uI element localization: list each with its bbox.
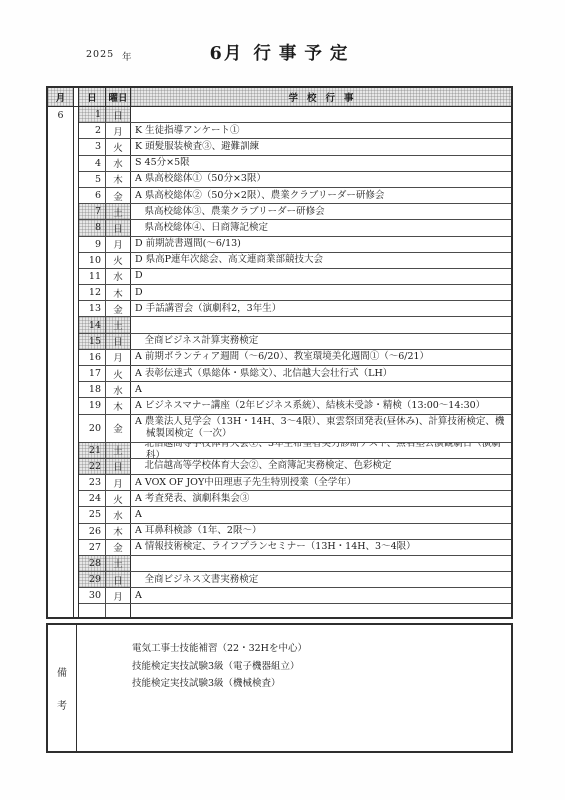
weekday-cell: 月: [106, 237, 131, 252]
weekday-cell: 水: [106, 382, 131, 397]
event-cell: A 前期ボランティア週間（～6/20）、教室環境美化週間①（～6/21）: [131, 350, 511, 365]
day-cell: 18: [79, 382, 106, 397]
day-cell: 22: [79, 459, 106, 474]
table-row: 7土 県高校総体③、農業クラブリーダー研修会: [79, 204, 511, 220]
weekday-cell: 木: [106, 172, 131, 187]
event-cell: 県高校総体③、農業クラブリーダー研修会: [131, 204, 511, 219]
day-cell: 29: [79, 572, 106, 587]
day-cell: 25: [79, 507, 106, 522]
weekday-cell: 日: [106, 572, 131, 587]
remarks-label: 備 考: [48, 625, 77, 751]
day-cell: 27: [79, 540, 106, 555]
table-row: 15日 全商ビジネス計算実務検定: [79, 334, 511, 350]
table-row: [79, 604, 511, 617]
title-text: 行事予定: [253, 44, 355, 64]
day-cell: 2: [79, 123, 106, 138]
day-cell: 13: [79, 301, 106, 316]
weekday-cell: 火: [106, 253, 131, 268]
weekday-cell: 金: [106, 301, 131, 316]
day-cell: 15: [79, 334, 106, 349]
day-cell: 24: [79, 491, 106, 506]
table-row: 14土: [79, 317, 511, 333]
table-row: 25水A: [79, 507, 511, 523]
day-cell: 12: [79, 285, 106, 300]
event-cell: [131, 604, 511, 617]
weekday-cell: 土: [106, 317, 131, 332]
table-row: 21土 北信越高等学校体育大会①、3年生希望者実力診断テスト、無名塾公演観劇日（…: [79, 443, 511, 459]
remarks-line: 電気工事士技能補習（22・32Hを中心）: [132, 640, 505, 658]
schedule-table: 月 日 曜日 学校行事 6 1日2月K 生徒指導アンケート①3火K 頭髪服装検査…: [46, 86, 513, 619]
weekday-cell: 土: [106, 204, 131, 219]
weekday-cell: 月: [106, 475, 131, 490]
weekday-cell: 火: [106, 366, 131, 381]
document-page: 2025 年 6月行事予定 月 日 曜日 学校行事 6 1日2月K 生徒指導アン…: [0, 0, 565, 800]
event-cell: A ビジネスマナー講座（2年ビジネス系統）、結核未受診・精検（13:00～14:…: [131, 398, 511, 413]
day-cell: 4: [79, 156, 106, 171]
event-cell: K 頭髪服装検査③、避難訓練: [131, 139, 511, 154]
event-cell: A 県高校総体①（50分×3限）: [131, 172, 511, 187]
event-cell: A 県高校総体②（50分×2限）、農業クラブリーダー研修会: [131, 188, 511, 203]
day-cell: 9: [79, 237, 106, 252]
weekday-cell: 木: [106, 285, 131, 300]
day-cell: 16: [79, 350, 106, 365]
table-row: 6金A 県高校総体②（50分×2限）、農業クラブリーダー研修会: [79, 188, 511, 204]
day-cell: 14: [79, 317, 106, 332]
weekday-cell: 金: [106, 415, 131, 442]
weekday-cell: 金: [106, 540, 131, 555]
page-title: 6月行事予定: [0, 40, 565, 65]
day-cell: [79, 604, 106, 617]
remarks-line: 技能検定実技試験3級（電子機器組立）: [132, 658, 505, 676]
event-cell: A: [131, 382, 511, 397]
weekday-cell: 月: [106, 350, 131, 365]
header-day: 日: [79, 88, 106, 106]
day-cell: 28: [79, 556, 106, 571]
event-cell: K 生徒指導アンケート①: [131, 123, 511, 138]
day-cell: 17: [79, 366, 106, 381]
day-cell: 21: [79, 443, 106, 458]
table-row: 8日 県高校総体④、日商簿記検定: [79, 220, 511, 236]
day-cell: 6: [79, 188, 106, 203]
weekday-cell: 木: [106, 398, 131, 413]
table-row: 5木A 県高校総体①（50分×3限）: [79, 172, 511, 188]
day-cell: 19: [79, 398, 106, 413]
title-month: 6月: [210, 44, 244, 64]
table-row: 2月K 生徒指導アンケート①: [79, 123, 511, 139]
table-row: 27金A 情報技術検定、ライフプランセミナー（13H・14H、3～4限）: [79, 540, 511, 556]
weekday-cell: 水: [106, 507, 131, 522]
table-row: 20金A 農業法人見学会（13H・14H、3～4限）、東雲祭団発表(昼休み)、計…: [79, 415, 511, 443]
table-row: 18水A: [79, 382, 511, 398]
day-cell: 26: [79, 524, 106, 539]
table-row: 17火A 表彰伝達式（県総体・県総文）、北信越大会壮行式（LH）: [79, 366, 511, 382]
table-row: 22日 北信越高等学校体育大会②、全商簿記実務検定、色彩検定: [79, 459, 511, 475]
table-row: 13金D 手話講習会（演劇科2，3年生）: [79, 301, 511, 317]
weekday-cell: 土: [106, 556, 131, 571]
table-row: 9月D 前期読書週間(～6/13): [79, 237, 511, 253]
event-cell: S 45分×5限: [131, 156, 511, 171]
day-cell: 10: [79, 253, 106, 268]
weekday-cell: 日: [106, 459, 131, 474]
day-cell: 23: [79, 475, 106, 490]
weekday-cell: 月: [106, 123, 131, 138]
table-row: 24火A 考査発表、演劇科集会③: [79, 491, 511, 507]
remarks-label-char-2: 考: [57, 697, 67, 712]
header-weekday: 曜日: [106, 88, 131, 106]
weekday-cell: 水: [106, 269, 131, 284]
event-cell: D 手話講習会（演劇科2，3年生）: [131, 301, 511, 316]
event-cell: 県高校総体④、日商簿記検定: [131, 220, 511, 235]
event-cell: A 考査発表、演劇科集会③: [131, 491, 511, 506]
weekday-cell: 木: [106, 524, 131, 539]
event-cell: [131, 107, 511, 122]
day-cell: 5: [79, 172, 106, 187]
month-column: 6: [48, 107, 74, 617]
weekday-cell: 火: [106, 139, 131, 154]
day-cell: 1: [79, 107, 106, 122]
table-row: 19木A ビジネスマナー講座（2年ビジネス系統）、結核未受診・精検（13:00～…: [79, 398, 511, 414]
table-row: 26木A 耳鼻科検診（1年、2限～）: [79, 524, 511, 540]
header-month: 月: [48, 88, 74, 106]
table-row: 30月A: [79, 588, 511, 604]
weekday-cell: 月: [106, 588, 131, 603]
day-cell: 20: [79, 415, 106, 442]
event-cell: D 前期読書週間(～6/13): [131, 237, 511, 252]
event-cell: [131, 556, 511, 571]
event-cell: A 農業法人見学会（13H・14H、3～4限）、東雲祭団発表(昼休み)、計算技術…: [131, 415, 511, 442]
weekday-cell: [106, 604, 131, 617]
table-row: 29日 全商ビジネス文書実務検定: [79, 572, 511, 588]
event-cell: A VOX OF JOY中田理恵子先生特別授業（全学年）: [131, 475, 511, 490]
day-cell: 3: [79, 139, 106, 154]
event-cell: A 耳鼻科検診（1年、2限～）: [131, 524, 511, 539]
weekday-cell: 金: [106, 188, 131, 203]
event-cell: [131, 317, 511, 332]
table-row: 11水D: [79, 269, 511, 285]
table-rows: 1日2月K 生徒指導アンケート①3火K 頭髪服装検査③、避難訓練4水S 45分×…: [79, 107, 511, 617]
weekday-cell: 日: [106, 107, 131, 122]
table-body: 6 1日2月K 生徒指導アンケート①3火K 頭髪服装検査③、避難訓練4水S 45…: [48, 107, 511, 617]
event-cell: A 表彰伝達式（県総体・県総文）、北信越大会壮行式（LH）: [131, 366, 511, 381]
table-row: 10火D 県高P連年次総会、高文連商業部競技大会: [79, 253, 511, 269]
event-cell: 全商ビジネス計算実務検定: [131, 334, 511, 349]
event-cell: 全商ビジネス文書実務検定: [131, 572, 511, 587]
event-cell: A 情報技術検定、ライフプランセミナー（13H・14H、3～4限）: [131, 540, 511, 555]
day-cell: 11: [79, 269, 106, 284]
event-cell: D 県高P連年次総会、高文連商業部競技大会: [131, 253, 511, 268]
table-header-row: 月 日 曜日 学校行事: [48, 88, 511, 107]
table-row: 28土: [79, 556, 511, 572]
weekday-cell: 土: [106, 443, 131, 458]
event-cell: A: [131, 588, 511, 603]
event-cell: D: [131, 269, 511, 284]
remarks-label-char-1: 備: [57, 664, 67, 679]
weekday-cell: 火: [106, 491, 131, 506]
table-row: 16月A 前期ボランティア週間（～6/20）、教室環境美化週間①（～6/21）: [79, 350, 511, 366]
table-row: 1日: [79, 107, 511, 123]
remarks-line: 技能検定実技試験3級（機械検査）: [132, 675, 505, 693]
remarks-box: 備 考 電気工事士技能補習（22・32Hを中心）技能検定実技試験3級（電子機器組…: [46, 623, 513, 753]
weekday-cell: 日: [106, 334, 131, 349]
table-row: 12木D: [79, 285, 511, 301]
event-cell: 北信越高等学校体育大会①、3年生希望者実力診断テスト、無名塾公演観劇日（演劇科）: [131, 443, 511, 458]
remarks-content: 電気工事士技能補習（22・32Hを中心）技能検定実技試験3級（電子機器組立）技能…: [77, 625, 511, 751]
header-events: 学校行事: [131, 88, 511, 106]
event-cell: A: [131, 507, 511, 522]
day-cell: 8: [79, 220, 106, 235]
event-cell: 北信越高等学校体育大会②、全商簿記実務検定、色彩検定: [131, 459, 511, 474]
day-cell: 7: [79, 204, 106, 219]
weekday-cell: 日: [106, 220, 131, 235]
table-row: 3火K 頭髪服装検査③、避難訓練: [79, 139, 511, 155]
weekday-cell: 水: [106, 156, 131, 171]
table-row: 23月A VOX OF JOY中田理恵子先生特別授業（全学年）: [79, 475, 511, 491]
table-row: 4水S 45分×5限: [79, 156, 511, 172]
day-cell: 30: [79, 588, 106, 603]
event-cell: D: [131, 285, 511, 300]
